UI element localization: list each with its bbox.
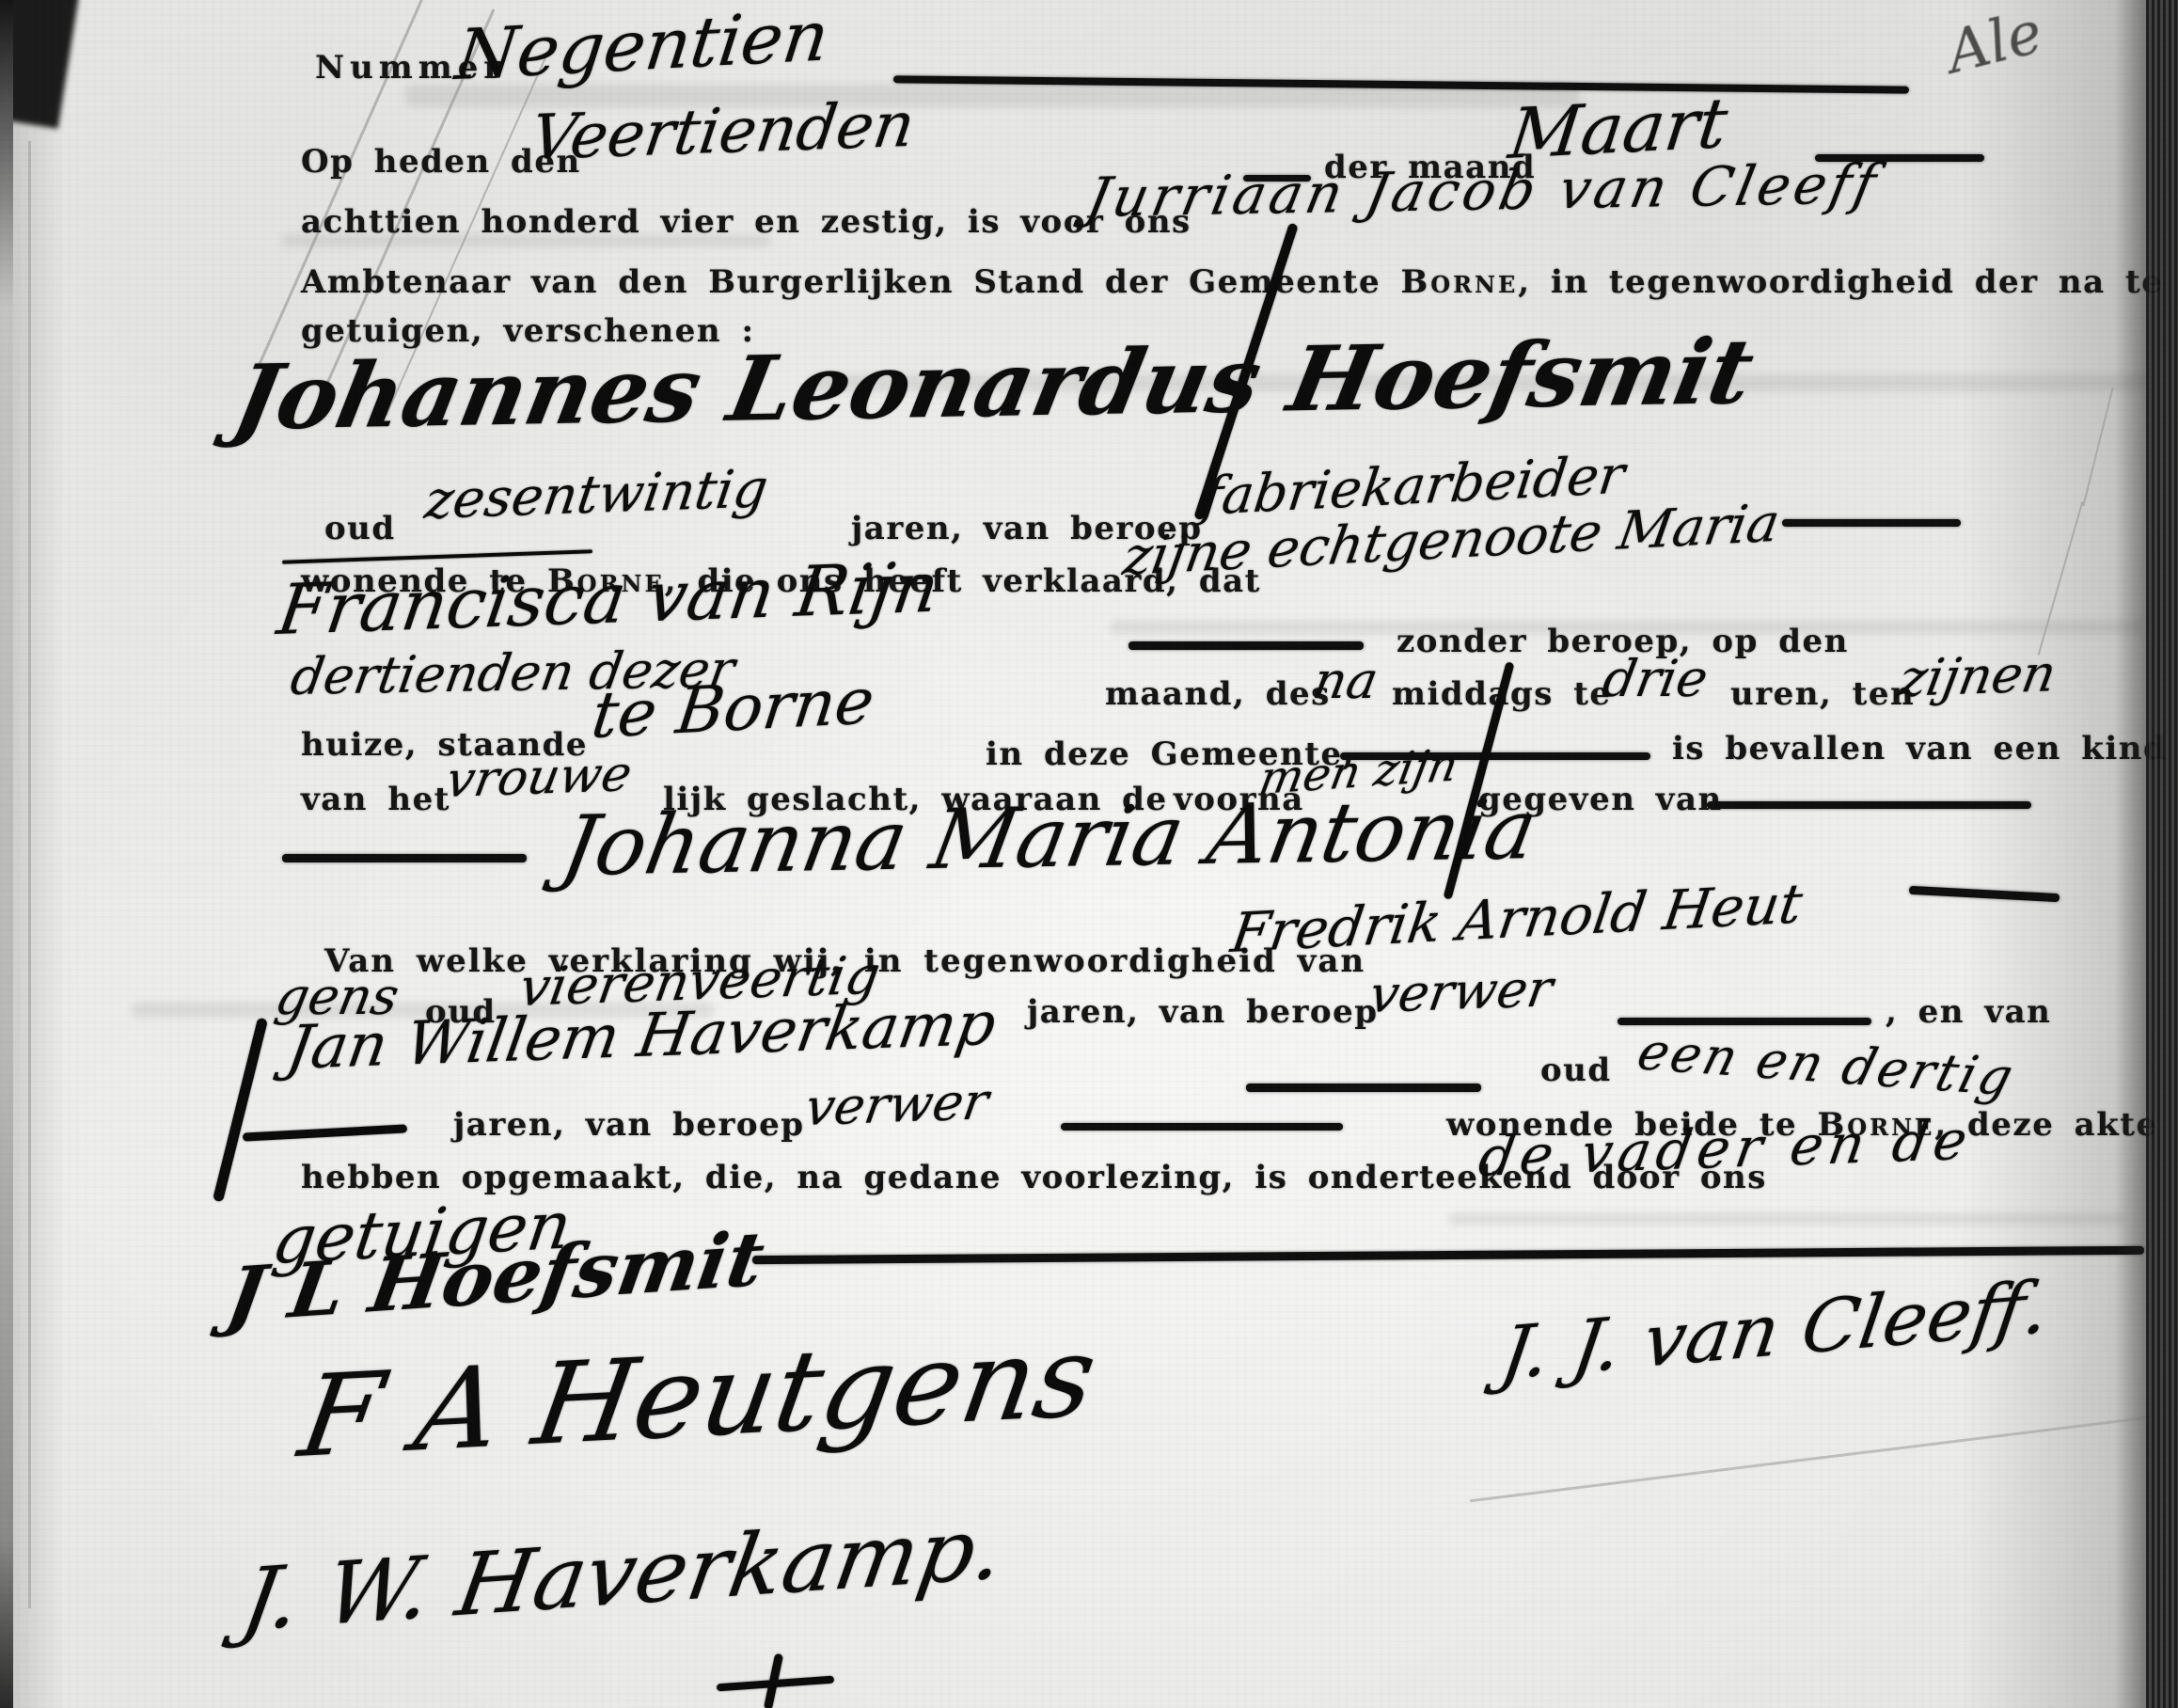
witness2-age-entry: een en dertig [1632,1021,2022,1107]
printed-text: achttien honderd vier en zestig, is voor… [301,203,1192,241]
scratch-mark [2082,387,2113,507]
scan-edge-left [0,0,13,1708]
signature-witness1: F A Heutgens [292,1312,1104,1483]
scratch-mark [1470,1413,2178,1503]
age-entry: zesentwintig [421,458,771,531]
daypart-entry: na [1309,651,1382,710]
pen-flourish [243,1124,407,1141]
witness2-occupation-entry: verwer [801,1071,993,1137]
scan-edge-left-line [28,141,31,1608]
act-number: Negentien [451,0,833,96]
smudge [1448,1213,2125,1225]
printed-text: , in tegenwoordigheid der na te noemen [1518,263,2178,301]
printed-text: van het [301,781,450,818]
printed-text: Ambtenaar van den Burgerlijken Stand der… [301,263,1400,301]
birth-record-scan: Nummer Negentien Ale Op heden den Veerti… [0,0,2178,1708]
scan-edge-top-left [0,0,82,129]
rule-line [752,1246,2144,1264]
rule-line [1782,519,1961,527]
officiant-line: Ambtenaar van den Burgerlijken Stand der… [301,263,2178,301]
printed-text: is bevallen van een kind [1672,730,2167,767]
registrar-name-entry: Jurriaan Jacob van Cleeff [1081,151,1885,229]
pen-flourish [213,1018,268,1203]
birthplace-entry: te Borne [588,665,878,753]
rule-line [1246,1083,1481,1092]
pencil-corner-mark: Ale [1940,0,2049,87]
child-name: Johanna Maria Antonia [555,781,1544,894]
rule-line [1707,801,2031,809]
printed-text: oud [1540,1052,1612,1089]
printed-text: maand, des [1105,675,1331,713]
witness1-occupation-entry: verwer [1365,958,1557,1024]
signature-witness2: J. W. Haverkamp. [235,1498,1011,1651]
rule-line [1128,641,1364,650]
printed-text: , en van [1886,993,2051,1031]
scan-edge-right-shadow [2116,0,2148,1708]
rule-line [282,854,527,862]
printed-text: oud [324,510,396,547]
rule-line [1909,886,2060,902]
hour-entry: drie [1599,649,1712,708]
printed-text: jaren, van beroep [1027,993,1379,1031]
rule-line [1061,1123,1343,1131]
whose-house-entry: zijnen [1895,643,2060,708]
municipality-name: Borne [1400,263,1518,301]
signature-registrar: J. J. van Cleeff. [1495,1265,2054,1397]
printed-text: jaren, van beroep [453,1106,805,1144]
scan-edge-right [2146,0,2178,1708]
day-entry: Veertienden [527,88,919,174]
printed-text: uren, ten [1730,675,1915,713]
witness1-name-entry: Fredrik Arnold Heut [1227,872,1807,965]
